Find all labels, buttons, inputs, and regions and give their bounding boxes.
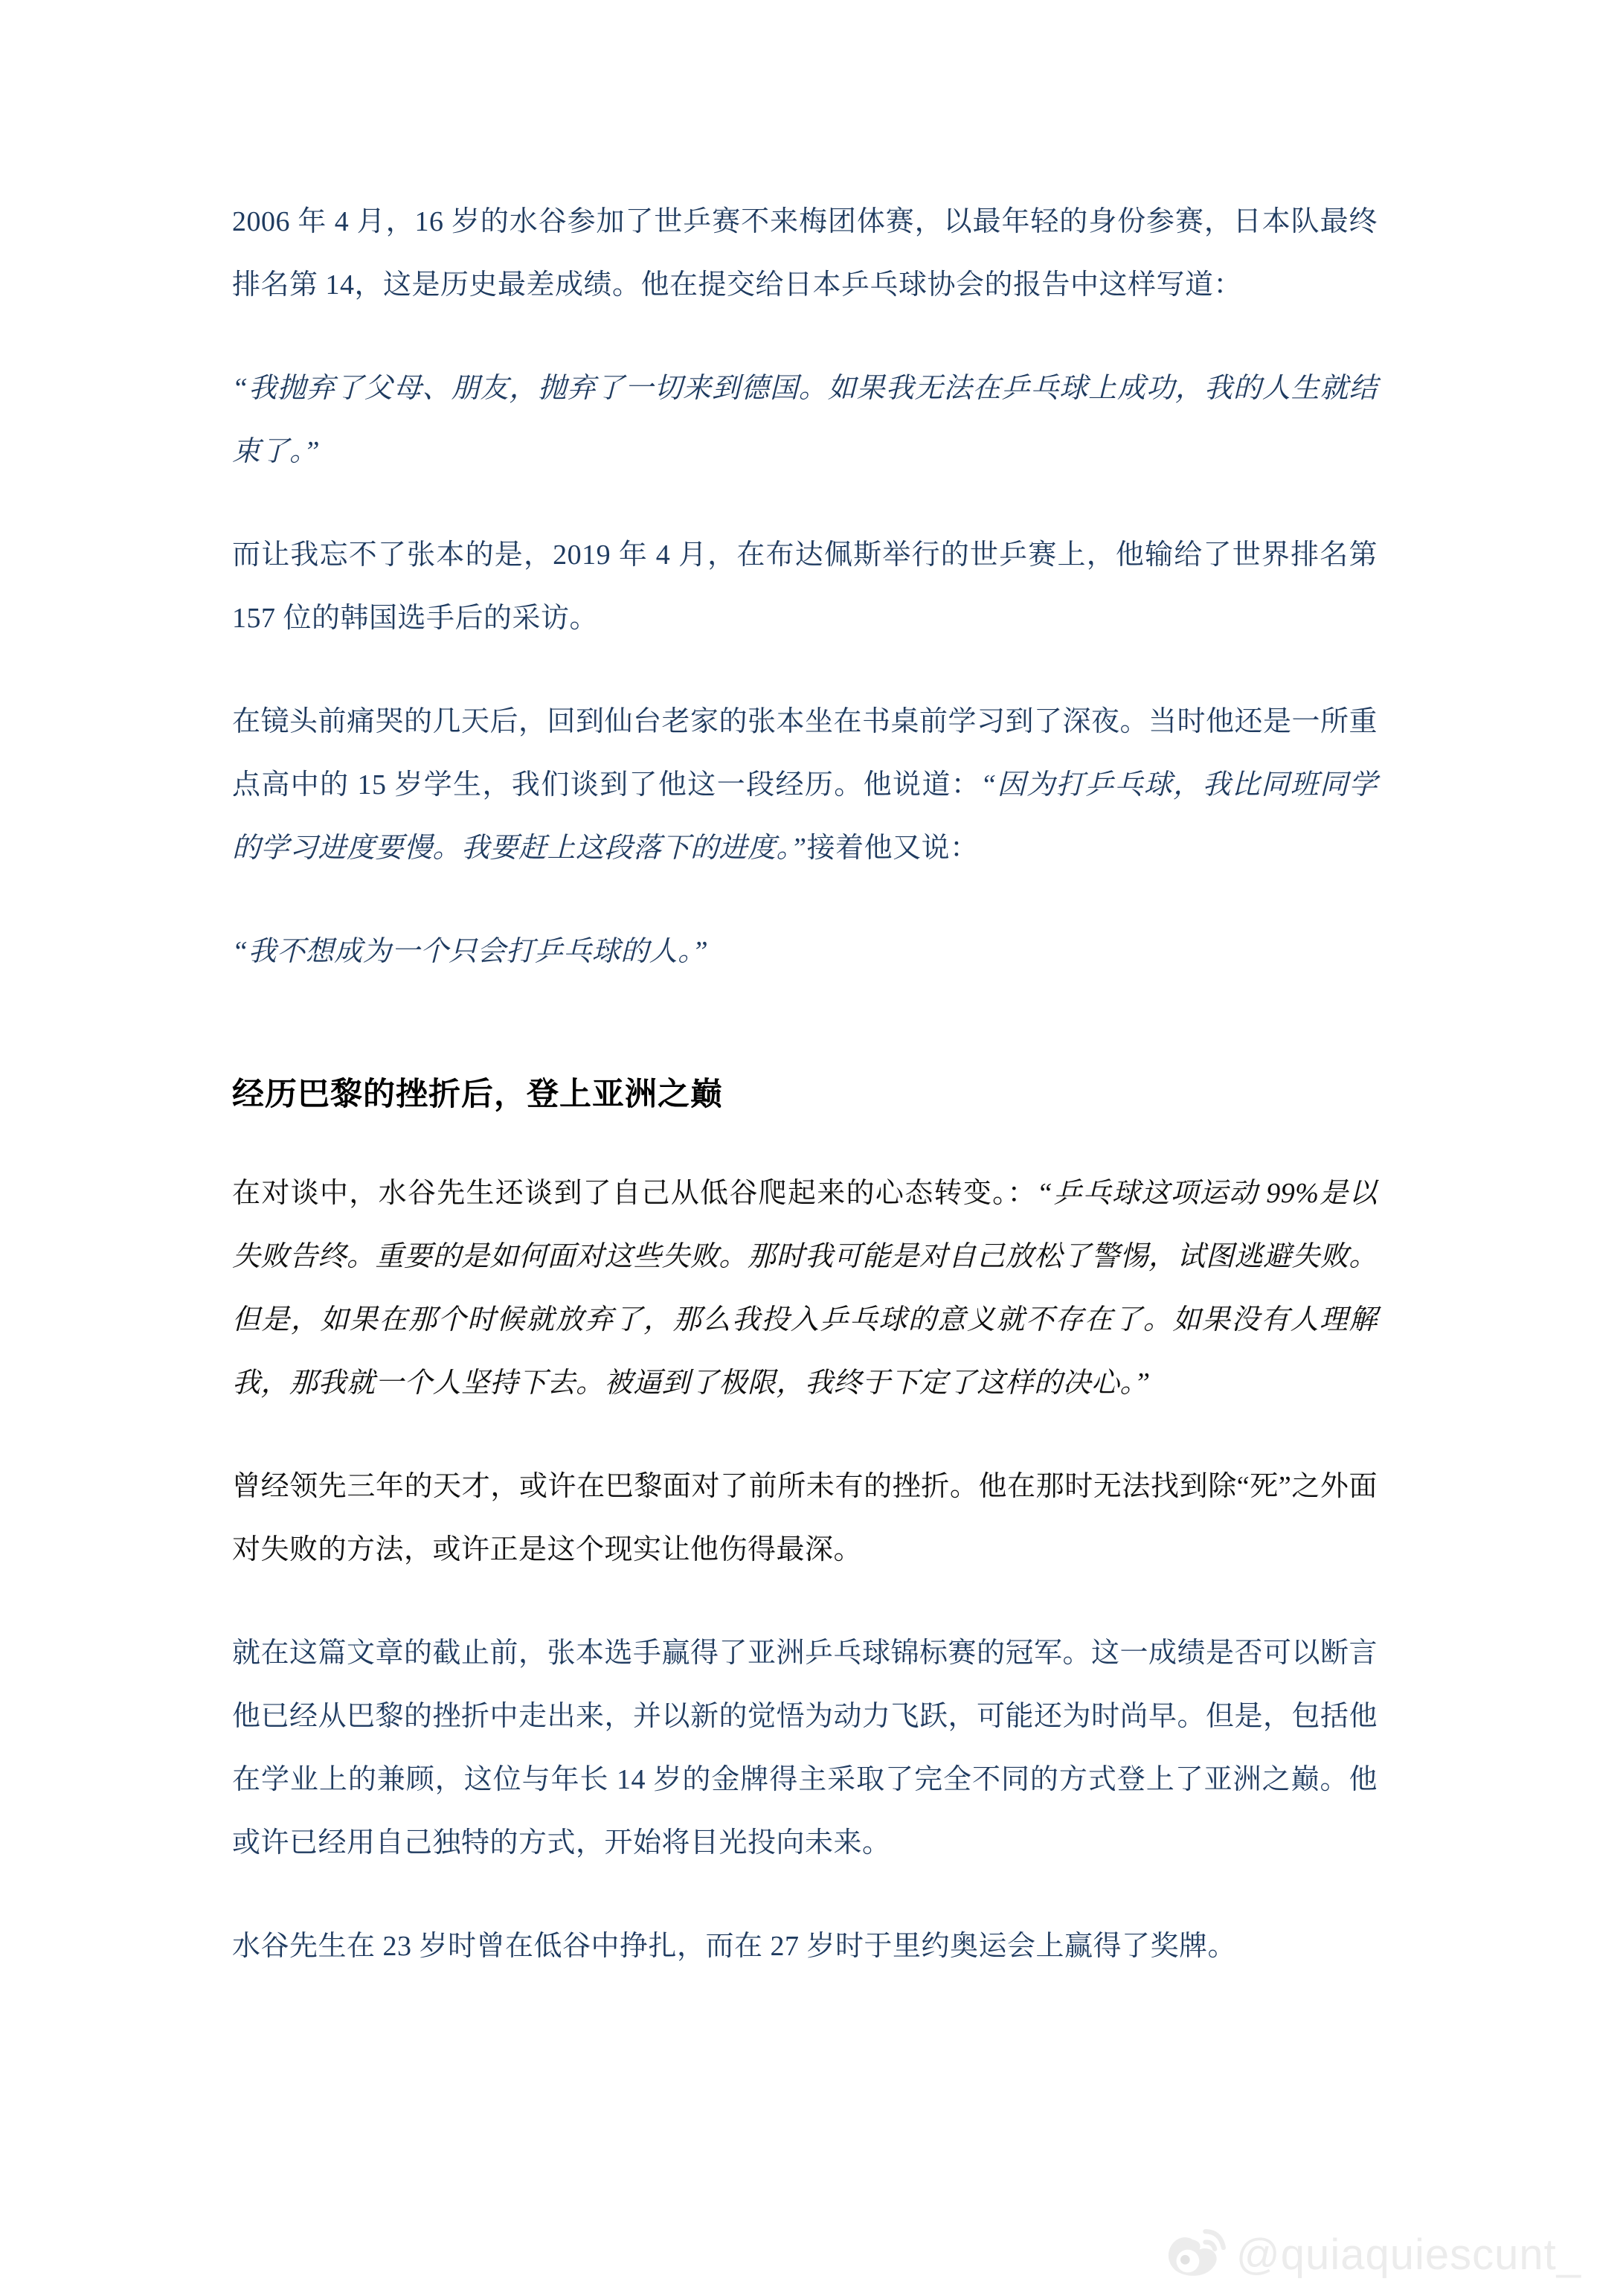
paragraph-genius-paris-setback: 曾经领先三年的天才，或许在巴黎面对了前所未有的挫折。他在那时无法找到除“死”之外… (232, 1455, 1378, 1582)
watermark-handle: @quiaquiescunt_ (1236, 2230, 1581, 2280)
weibo-logo-icon (1160, 2226, 1229, 2283)
paragraph-2006-world-championship: 2006 年 4 月，16 岁的水谷参加了世乒赛不来梅团体赛，以最年轻的身份参赛… (232, 190, 1378, 317)
paragraph-asian-championship-title: 就在这篇文章的截止前，张本选手赢得了亚洲乒乓球锦标赛的冠军。这一成绩是否可以断言… (232, 1622, 1378, 1875)
paragraph-mizutani-mindset: 在对谈中，水谷先生还谈到了自己从低谷爬起来的心态转变。：“乒乓球这项运动 99%… (232, 1162, 1378, 1415)
section-heading-after-paris-setback: 经历巴黎的挫折后，登上亚洲之巅 (232, 1061, 1378, 1128)
quote-paragraph-not-only-table-tennis: “我不想成为一个只会打乒乓球的人。” (232, 920, 1378, 984)
paragraph-harimoto-studying: 在镜头前痛哭的几天后，回到仙台老家的张本坐在书桌前学习到了深夜。当时他还是一所重… (232, 690, 1378, 880)
paragraph-mizutani-rio-medal: 水谷先生在 23 岁时曾在低谷中挣扎，而在 27 岁时于里约奥运会上赢得了奖牌。 (232, 1915, 1378, 1978)
watermark: @quiaquiescunt_ (1160, 2226, 1581, 2283)
document-page: 2006 年 4 月，16 岁的水谷参加了世乒赛不来梅团体赛，以最年轻的身份参赛… (0, 0, 1623, 1978)
paragraph-text: 接着他又说： (807, 833, 979, 864)
paragraph-text: 在对谈中，水谷先生还谈到了自己从低谷爬起来的心态转变。： (232, 1178, 1037, 1209)
inline-quote-99-percent-failure: “乒乓球这项运动 99%是以失败告终。重要的是如何面对这些失败。那时我可能是对自… (232, 1178, 1378, 1399)
quote-paragraph-abandoned-everything: “我抛弃了父母、朋友，抛弃了一切来到德国。如果我无法在乒乓球上成功，我的人生就结… (232, 357, 1378, 484)
paragraph-2019-budapest-loss: 而让我忘不了张本的是，2019 年 4 月，在布达佩斯举行的世乒赛上，他输给了世… (232, 524, 1378, 650)
article-body: 2006 年 4 月，16 岁的水谷参加了世乒赛不来梅团体赛，以最年轻的身份参赛… (0, 0, 1623, 1978)
